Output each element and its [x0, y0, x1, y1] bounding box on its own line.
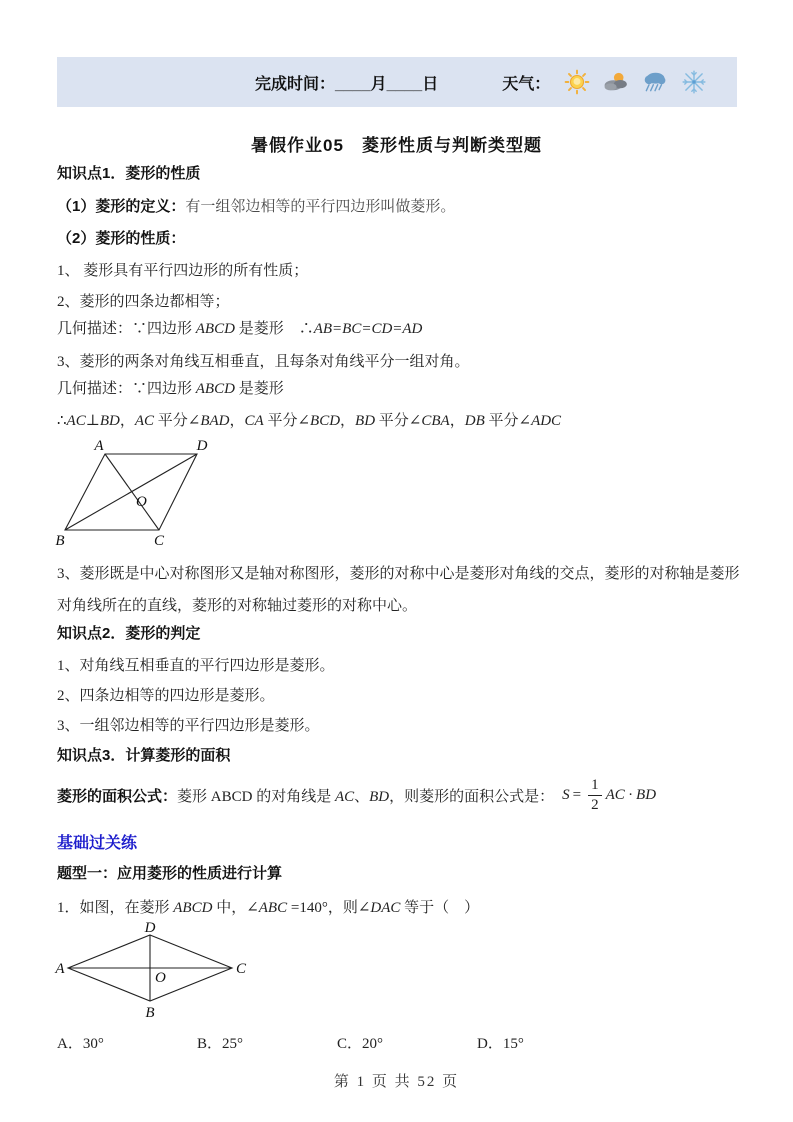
- kp2-item1: 1、对角线互相垂直的平行四边形是菱形。: [57, 654, 335, 675]
- diagram2-label-o: O: [155, 970, 166, 986]
- weather-label: 天气：: [502, 71, 550, 94]
- fraction-numerator: 1: [588, 778, 602, 795]
- formula-lhs: S: [562, 787, 570, 804]
- rhombus-diagram-2: D A C B O: [50, 922, 300, 1022]
- weather-icons: [564, 69, 707, 95]
- kp3-formula-label: 菱形的面积公式：: [57, 785, 177, 806]
- formula-fraction: 1 2: [588, 778, 602, 813]
- option-d: D．15°: [477, 1032, 617, 1053]
- option-b: B．25°: [197, 1032, 337, 1053]
- weather-group: 天气：: [502, 69, 707, 95]
- option-c: C．20°: [337, 1032, 477, 1053]
- kp1-item4: 3、菱形既是中心对称图形又是轴对称图形，菱形的对称中心是菱形对角线的交点，菱形的…: [57, 558, 741, 622]
- area-formula: S = 1 2 AC · BD: [562, 778, 656, 813]
- diagram1-label-a: A: [93, 438, 104, 454]
- type1-heading: 题型一：应用菱形的性质进行计算: [57, 862, 282, 883]
- practice-section-heading: 基础过关练: [57, 830, 137, 853]
- option-a: A．30°: [57, 1032, 197, 1053]
- kp1-geometry-desc-3: ∴AC⊥BD，AC 平分∠BAD，CA 平分∠BCD，BD 平分∠CBA，DB …: [57, 409, 561, 430]
- sun-icon: [564, 69, 590, 95]
- kp3-area-formula-line: 菱形的面积公式： 菱形 ABCD 的对角线是 AC、BD，则菱形的面积公式是： …: [57, 770, 656, 820]
- kp1-geometry-desc-2: 几何描述：∵四边形 ABCD 是菱形: [57, 377, 284, 398]
- completion-time-field: 完成时间：____月____日: [255, 71, 438, 94]
- kp3-heading: 知识点3．计算菱形的面积: [57, 744, 230, 765]
- formula-equals: =: [573, 787, 581, 804]
- diagram2-label-d: D: [144, 922, 156, 936]
- diagram2-label-b: B: [145, 1005, 154, 1021]
- question-1-options: A．30° B．25° C．20° D．15°: [57, 1032, 617, 1053]
- diagram2-label-c: C: [236, 961, 247, 977]
- kp1-item2: 2、菱形的四条边都相等；: [57, 290, 230, 311]
- kp1-definition-text: 有一组邻边相等的平行四边形叫做菱形。: [185, 199, 455, 215]
- kp1-item1: 1、 菱形具有平行四边形的所有性质；: [57, 259, 308, 280]
- kp1-definition: （1）菱形的定义：有一组邻边相等的平行四边形叫做菱形。: [57, 195, 455, 216]
- question-1: 1．如图，在菱形 ABCD 中，∠ABC =140°，则∠DAC 等于（ ）: [57, 896, 479, 917]
- header-bar: 完成时间：____月____日 天气：: [57, 57, 737, 107]
- page-title: 暑假作业05 菱形性质与判断类型题: [0, 131, 793, 156]
- kp1-item3: 3、菱形的两条对角线互相垂直，且每条对角线平分一组对角。: [57, 350, 470, 371]
- rhombus-diagram-1: A D B C O: [48, 438, 268, 553]
- kp2-heading: 知识点2．菱形的判定: [57, 622, 200, 643]
- partly-cloudy-icon: [603, 69, 629, 95]
- kp3-formula-intro: 菱形 ABCD 的对角线是 AC、BD，则菱形的面积公式是：: [177, 785, 554, 806]
- kp2-item3: 3、一组邻边相等的平行四边形是菱形。: [57, 714, 320, 735]
- kp1-geometry-desc-1: 几何描述：∵四边形 ABCD 是菱形 ∴AB=BC=CD=AD: [57, 317, 422, 338]
- diagram1-label-b: B: [55, 533, 64, 549]
- kp1-definition-label: （1）菱形的定义：: [57, 198, 185, 215]
- diagram2-label-a: A: [54, 961, 65, 977]
- diagram1-label-d: D: [196, 438, 208, 454]
- rain-cloud-icon: [642, 69, 668, 95]
- kp2-item2: 2、四条边相等的四边形是菱形。: [57, 684, 275, 705]
- snowflake-icon: [681, 69, 707, 95]
- diagram1-label-o: O: [136, 494, 147, 510]
- page-number-footer: 第 1 页 共 52 页: [0, 1070, 793, 1091]
- fraction-denominator: 2: [588, 795, 602, 813]
- kp1-heading: 知识点1．菱形的性质: [57, 162, 200, 183]
- diagram1-label-c: C: [154, 533, 165, 549]
- kp1-props-label: （2）菱形的性质：: [57, 227, 185, 248]
- formula-rhs: AC · BD: [606, 787, 656, 804]
